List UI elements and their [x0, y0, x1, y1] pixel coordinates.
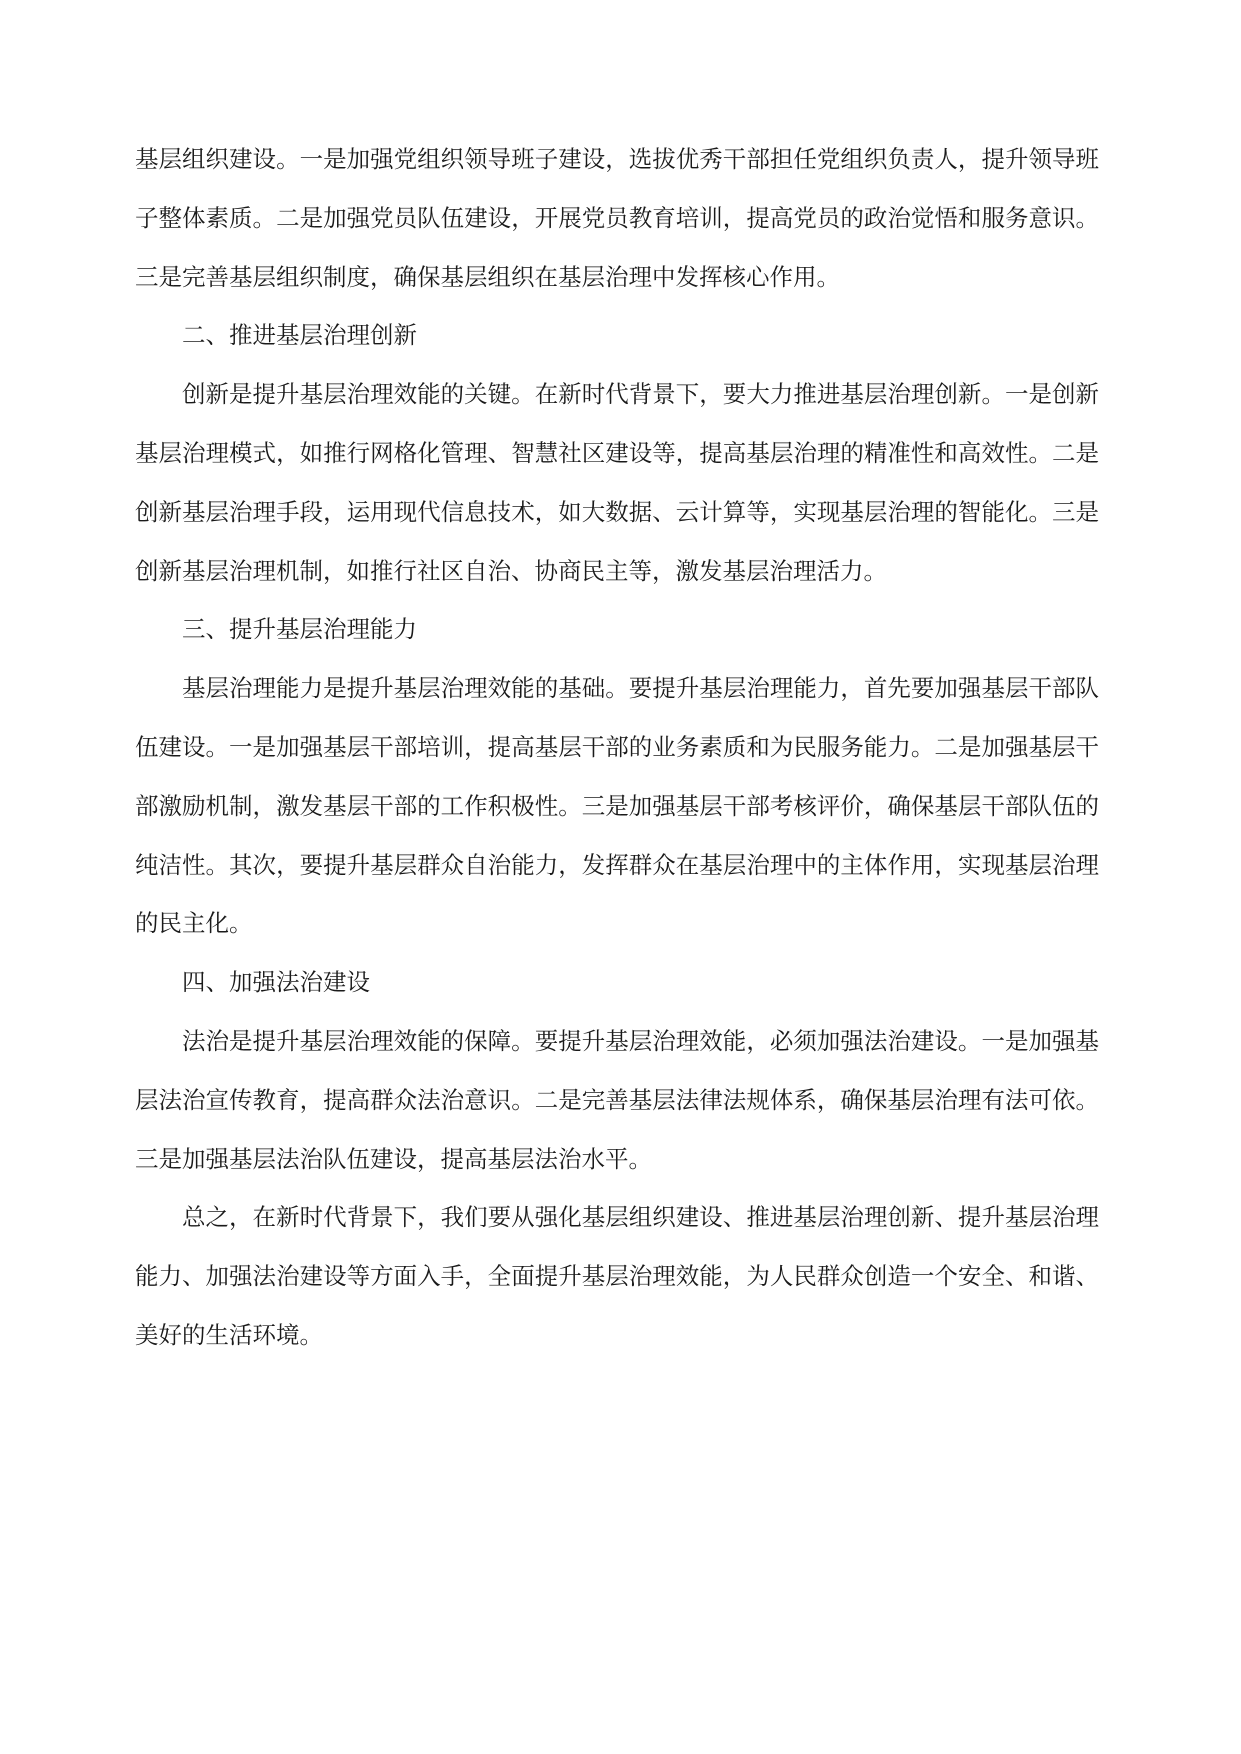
section-heading-4: 四、加强法治建设 [135, 953, 1099, 1012]
paragraph-innovation: 创新是提升基层治理效能的关键。在新时代背景下，要大力推进基层治理创新。一是创新基… [135, 365, 1099, 600]
paragraph-capability: 基层治理能力是提升基层治理效能的基础。要提升基层治理能力，首先要加强基层干部队伍… [135, 659, 1099, 953]
section-heading-2: 二、推进基层治理创新 [135, 306, 1099, 365]
paragraph-conclusion: 总之，在新时代背景下，我们要从强化基层组织建设、推进基层治理创新、提升基层治理能… [135, 1188, 1099, 1364]
paragraph-rule-of-law: 法治是提升基层治理效能的保障。要提升基层治理效能，必须加强法治建设。一是加强基层… [135, 1012, 1099, 1188]
document-page: 基层组织建设。一是加强党组织领导班子建设，选拔优秀干部担任党组织负责人，提升领导… [135, 130, 1099, 1365]
section-heading-3: 三、提升基层治理能力 [135, 600, 1099, 659]
paragraph-continuation: 基层组织建设。一是加强党组织领导班子建设，选拔优秀干部担任党组织负责人，提升领导… [135, 130, 1099, 306]
